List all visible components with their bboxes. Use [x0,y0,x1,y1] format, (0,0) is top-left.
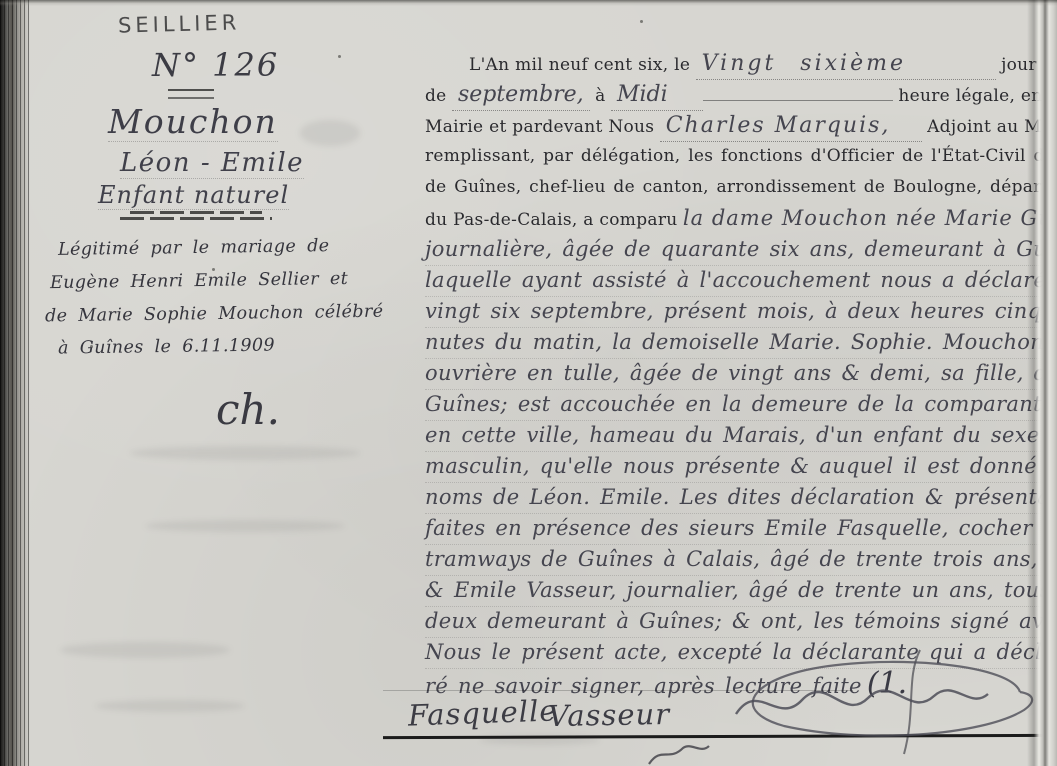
bleedthrough-smudge [300,120,360,146]
printed-text: L'An mil neuf cent six, le [469,55,690,75]
printed-text: de [425,86,447,106]
printed-text: à [595,86,605,106]
body-line-9: vingt six septembre, présent mois, à deu… [425,296,1043,328]
signature-witness2: Vasseur [548,697,671,733]
margin-child-surname: Mouchon [108,102,278,142]
body-line-13: en cette ville, hameau du Marais, d'un e… [425,420,1043,452]
page-top-edge [0,0,1057,6]
body-line-19: deux demeurant à Guînes; & ont, les témo… [425,606,1043,638]
body-line-15: noms de Léon. Emile. Les dites déclarati… [425,482,1043,514]
blank-rule [703,99,893,101]
body-line-1: L'An mil neuf cent six, le Vingt sixième… [425,48,1057,79]
body-line-17: tramways de Guînes à Calais, âgé de tren… [425,544,1043,576]
margin-child-status: Enfant naturel [98,181,289,210]
body-line-16: faites en présence des sieurs Emile Fasq… [425,513,1043,545]
handwritten-day: Vingt sixième [696,48,996,80]
body-line-6: du Pas-de-Calais, a comparu la dame Mouc… [425,203,1057,234]
printed-text: de Guînes, chef-lieu de canton, arrondis… [425,177,1057,197]
bleedthrough-smudge [95,700,245,712]
margin-child-given-names: Léon - Emile [120,148,304,179]
margin-note-line3: de Marie Sophie Mouchon célébré [45,302,384,327]
next-act-signature-start [645,744,715,766]
margin-divider-small [168,89,214,99]
margin-act-number: N° 126 [152,46,279,84]
body-line-3: Mairie et pardevant Nous Charles Marquis… [425,110,1057,141]
body-line-8: laquelle ayant assisté à l'accouchement … [425,265,1043,297]
signature-officer-flourish [718,652,1048,747]
body-line-2: de septembre, à Midi heure légale, en la [425,79,1057,110]
signature-witness1: Fasquelle [407,693,558,732]
margin-note-line1: Légitimé par le mariage de [58,236,330,260]
body-line-7: journalière, âgée de quarante six ans, d… [425,234,1043,266]
dust-speck [640,20,643,23]
margin-note-line4: à Guînes le 6.11.1909 [58,335,275,358]
handwritten-officer-name: Charles Marquis, [660,110,922,142]
printed-text: Mairie et pardevant Nous [425,117,654,137]
handwritten-declarant: la dame Mouchon née Marie Guérin, [683,206,1057,230]
handwritten-month: septembre, [452,79,590,111]
margin-divider-large [120,217,272,220]
page-right-edge [1027,0,1057,766]
body-line-11: ouvrière en tulle, âgée de vingt ans & d… [425,358,1043,390]
margin-registrant-surname: SEILLIER [118,10,241,37]
bleedthrough-smudge [145,520,345,532]
page-binding-edge [0,0,30,766]
margin-divider-large [130,211,262,214]
printed-text: remplissant, par délégation, les fonctio… [425,146,1057,166]
body-line-12: Guînes; est accouchée en la demeure de l… [425,389,1043,421]
bleedthrough-smudge [130,446,360,460]
dust-speck [338,55,341,58]
margin-paraph: ch. [216,385,280,434]
printed-text: du Pas-de-Calais, a comparu [425,210,678,230]
bleedthrough-smudge [60,642,230,658]
body-line-10: nutes du matin, la demoiselle Marie. Sop… [425,327,1043,359]
body-line-5: de Guînes, chef-lieu de canton, arrondis… [425,172,1057,203]
body-line-14: masculin, qu'elle nous présente & auquel… [425,451,1043,483]
registry-page: SEILLIER N° 126 Mouchon Léon - Emile Enf… [0,0,1057,766]
body-line-4: remplissant, par délégation, les fonctio… [425,141,1057,172]
body-line-18: & Emile Vasseur, journalier, âgé de tren… [425,575,1043,607]
handwritten-hour: Midi [611,79,703,111]
margin-note-line2: Eugène Henri Emile Sellier et [50,269,348,293]
